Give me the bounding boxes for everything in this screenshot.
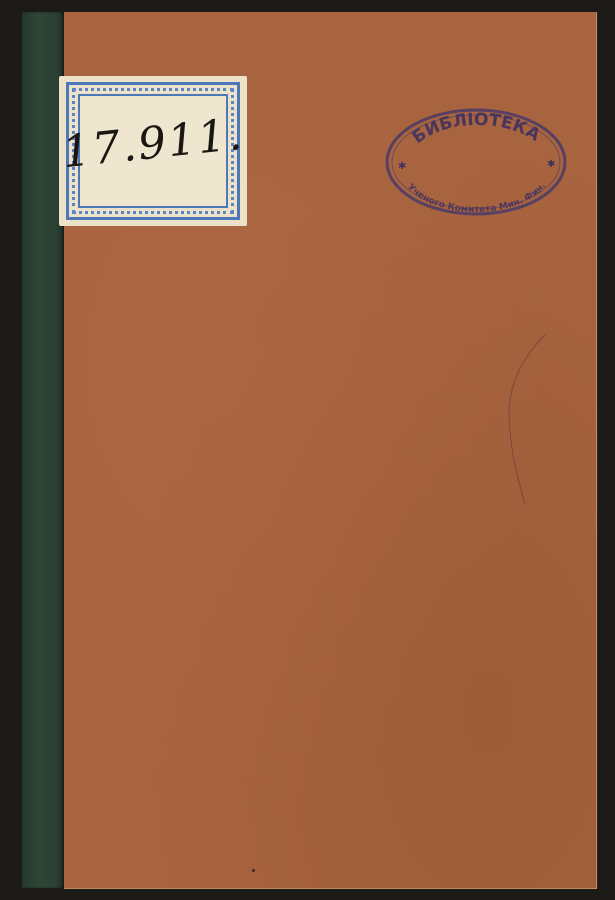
oval-stamp-icon: БИБЛІОТЕКА Ученого Комитета Мин. Фин. ✱ … <box>384 107 568 217</box>
star-icon: ✱ <box>398 161 406 172</box>
cover-blemish <box>252 869 255 872</box>
pencil-mark <box>490 330 550 510</box>
star-icon: ✱ <box>547 159 555 170</box>
svg-text:БИБЛІОТЕКА: БИБЛІОТЕКА <box>409 110 545 148</box>
library-stamp: БИБЛІОТЕКА Ученого Комитета Мин. Фин. ✱ … <box>384 107 568 217</box>
stamp-bottom-text: Ученого Комитета Мин. Фин. <box>405 181 548 215</box>
svg-text:Ученого Комитета Мин. Фин.: Ученого Комитета Мин. Фин. <box>405 181 548 215</box>
stamp-top-text: БИБЛІОТЕКА <box>409 110 545 148</box>
catalog-label: 17.911. <box>59 76 247 226</box>
